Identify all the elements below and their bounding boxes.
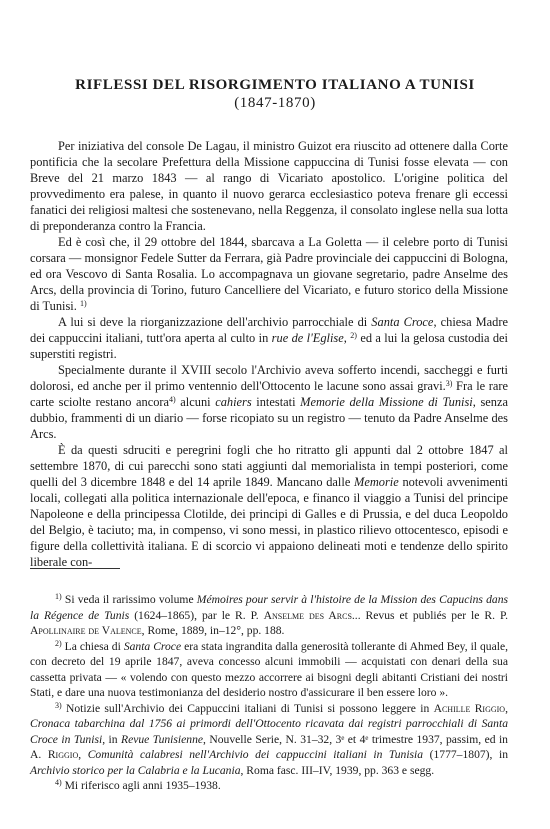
fn4-text: Mi riferisco agli anni 1935–1938. (62, 779, 221, 792)
fn1-author: Anselme des Arcs (264, 609, 352, 622)
footnote-ref-4[interactable]: 4) (169, 395, 176, 404)
footnote-4-marker: 4) (55, 778, 62, 787)
p3-text-a: A lui si deve la riorganizzazione dell'a… (58, 315, 371, 329)
article-body: Per iniziativa del console De Lagau, il … (30, 138, 508, 570)
paragraph-5: È da questi sdruciti e peregrini fogli c… (30, 442, 508, 570)
paragraph-2: Ed è così che, il 29 ottobre del 1844, s… (30, 234, 508, 314)
footnote-ref-2[interactable]: 2) (350, 331, 357, 340)
fn2-italic: Santa Croce (124, 640, 181, 653)
p4-italic-2: Memorie della Missione di Tunisi (300, 395, 473, 409)
p5-italic: Memorie (354, 475, 399, 489)
paragraph-4: Specialmente durante il XVIII secolo l'A… (30, 362, 508, 442)
fn3-text-f: (1777–1807), in (423, 748, 508, 761)
fn3-italic-3: Comunità calabresi nell'Archivio dei cap… (88, 748, 423, 761)
fn3-italic-4: Archivio storico per la Calabria e la Lu… (30, 764, 241, 777)
footnote-divider (30, 568, 120, 569)
footnote-3: 3) Notizie sull'Archivio dei Cappuccini … (30, 701, 508, 779)
document-page: RIFLESSI DEL RISORGIMENTO ITALIANO A TUN… (0, 0, 550, 829)
footnote-3-marker: 3) (55, 701, 62, 710)
fn3-text-e: , (78, 748, 87, 761)
footnote-4: 4) Mi riferisco agli anni 1935–1938. (30, 778, 508, 794)
paragraph-3: A lui si deve la riorganizzazione dell'a… (30, 314, 508, 362)
fn3-text-g: , Roma fasc. III–IV, 1939, pp. 363 e seg… (241, 764, 435, 777)
p3-italic-1: Santa Croce (371, 315, 433, 329)
footnotes: 1) Si veda il rarissimo volume Mémoires … (30, 592, 508, 794)
fn3-italic-2: Revue Tunisienne (121, 733, 203, 746)
fn2-text-a: La chiesa di (62, 640, 124, 653)
p4-text-c: alcuni (176, 395, 216, 409)
article-dates: (1847-1870) (0, 95, 550, 112)
fn1-text-c: ... Revus et publiés per le R. P. (352, 609, 508, 622)
article-title: RIFLESSI DEL RISORGIMENTO ITALIANO A TUN… (0, 77, 550, 94)
fn3-author-2: Riggio (48, 748, 78, 761)
footnote-1: 1) Si veda il rarissimo volume Mémoires … (30, 592, 508, 639)
fn1-editor: Apollinaire de Valence (30, 624, 142, 637)
p3-italic-2: rue de l'Eglise (272, 331, 344, 345)
p4-italic-1: cahiers (215, 395, 251, 409)
fn3-text-a: Notizie sull'Archivio dei Cappuccini ita… (62, 702, 434, 715)
p4-text-d: intestati (252, 395, 300, 409)
footnote-1-marker: 1) (55, 592, 62, 601)
p4-text-a: Specialmente durante il XVIII secolo l'A… (30, 363, 508, 393)
fn3-text-b: , (505, 702, 508, 715)
fn3-text-c: , in (102, 733, 121, 746)
footnote-ref-1[interactable]: 1) (80, 299, 87, 308)
paragraph-2-text: Ed è così che, il 29 ottobre del 1844, s… (30, 235, 508, 313)
paragraph-1: Per iniziativa del console De Lagau, il … (30, 138, 508, 234)
fn1-text-d: , Rome, 1889, in–12°, pp. 188. (142, 624, 285, 637)
footnote-2-marker: 2) (55, 639, 62, 648)
fn1-text-a: Si veda il rarissimo volume (62, 593, 197, 606)
p5-text-b: notevoli avvenimenti locali, collegati a… (30, 475, 508, 569)
footnote-2: 2) La chiesa di Santa Croce era stata in… (30, 639, 508, 701)
fn3-author: Achille Riggio (434, 702, 506, 715)
fn1-text-b: (1624–1865), par le R. P. (129, 609, 263, 622)
